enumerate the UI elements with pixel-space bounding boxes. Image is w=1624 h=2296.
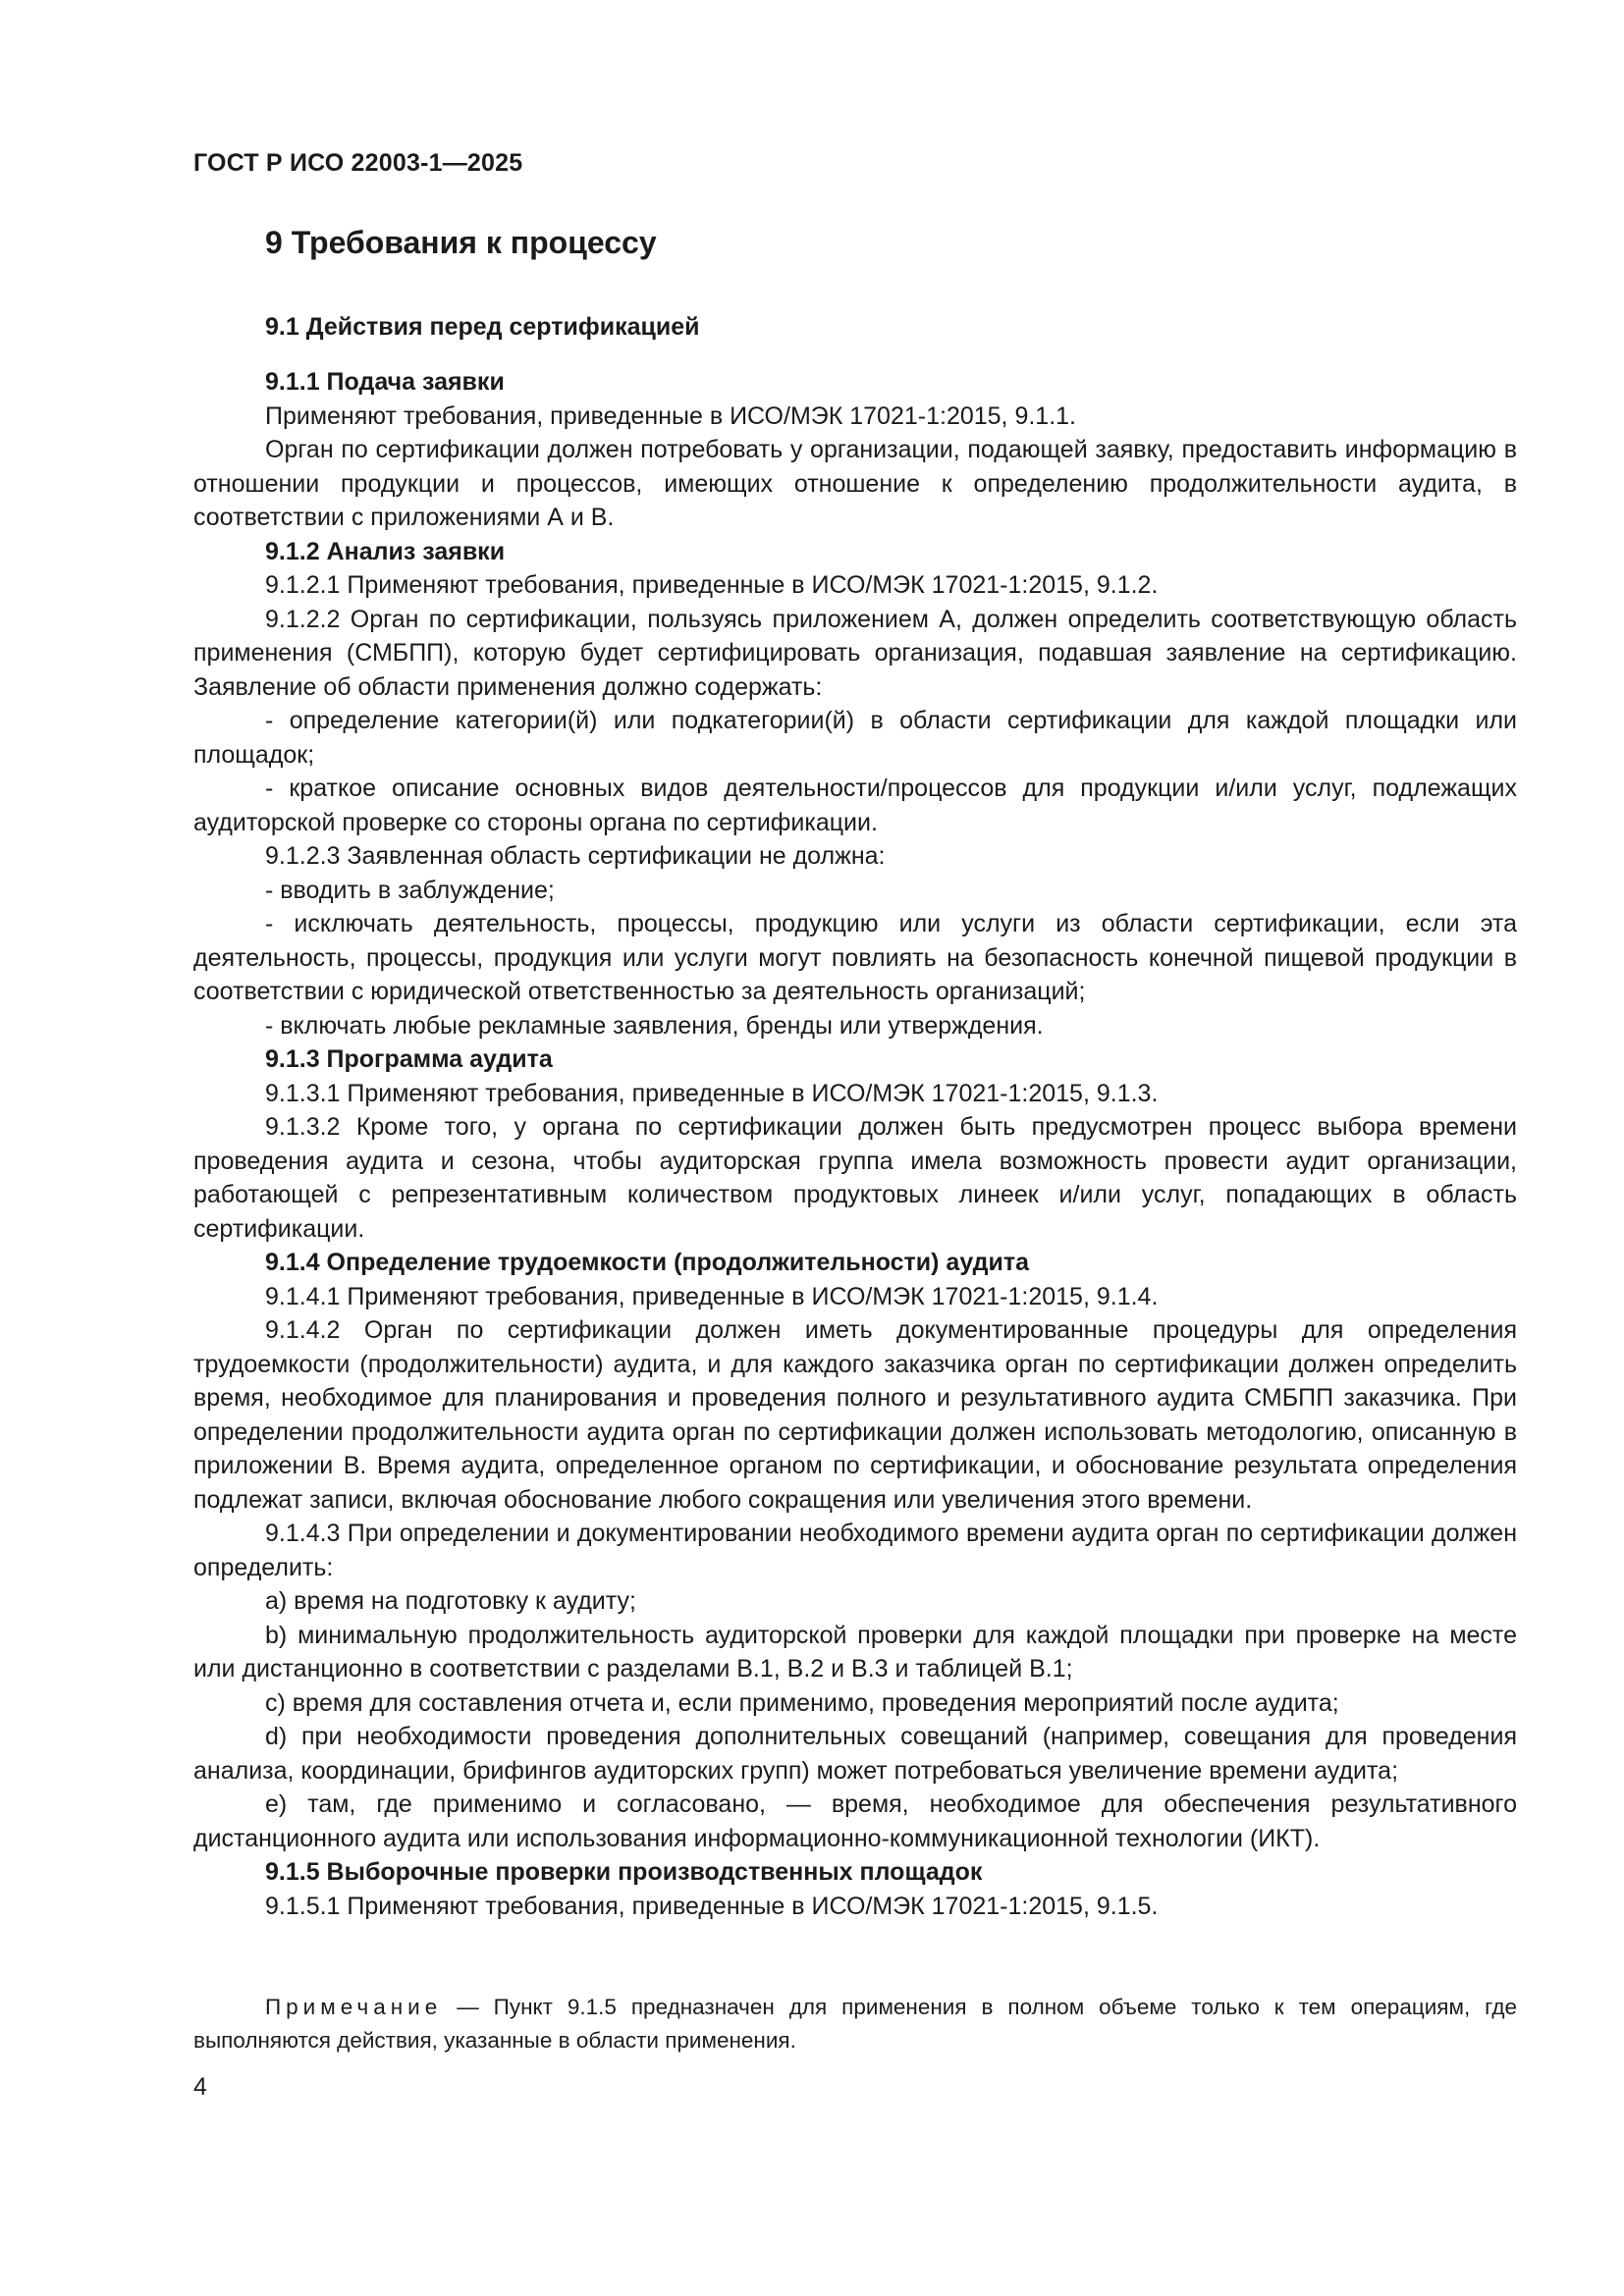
paragraph: 9.1.4.3 При определении и документирован…	[193, 1517, 1517, 1584]
paragraph: - краткое описание основных видов деятел…	[193, 772, 1517, 839]
paragraph: a) время на подготовку к аудиту;	[193, 1584, 1517, 1619]
body-text: 9.1.1 Подача заявкиПрименяют требования,…	[193, 365, 1517, 1923]
paragraph: - определение категории(й) или подкатего…	[193, 704, 1517, 772]
paragraph: 9.1.2.3 Заявленная область сертификации …	[193, 839, 1517, 874]
paragraph: e) там, где применимо и согласовано, — в…	[193, 1788, 1517, 1855]
paragraph: - включать любые рекламные заявления, бр…	[193, 1009, 1517, 1043]
paragraph: b) минимальную продолжительность аудитор…	[193, 1619, 1517, 1686]
page-number: 4	[193, 2073, 207, 2102]
running-head: ГОСТ Р ИСО 22003-1—2025	[193, 149, 522, 178]
paragraph: - вводить в заблуждение;	[193, 874, 1517, 908]
paragraph: 9.1.3.2 Кроме того, у органа по сертифик…	[193, 1110, 1517, 1246]
paragraph: 9.1.4.2 Орган по сертификации должен име…	[193, 1313, 1517, 1517]
paragraph: Орган по сертификации должен потребовать…	[193, 433, 1517, 535]
clause-heading: 9.1.5 Выборочные проверки производственн…	[193, 1855, 1517, 1890]
paragraph: Применяют требования, приведенные в ИСО/…	[193, 400, 1517, 434]
section-title: 9 Требования к процессу	[265, 225, 657, 261]
note-paragraph: Примечание — Пункт 9.1.5 предназначен дл…	[193, 1991, 1517, 2057]
paragraph: 9.1.2.2 Орган по сертификации, пользуясь…	[193, 603, 1517, 705]
paragraph: 9.1.5.1 Применяют требования, приведенны…	[193, 1890, 1517, 1924]
note-label: Примечание	[265, 1995, 442, 2019]
clause-heading: 9.1.2 Анализ заявки	[193, 535, 1517, 569]
paragraph: 9.1.4.1 Применяют требования, приведенны…	[193, 1280, 1517, 1314]
paragraph: - исключать деятельность, процессы, прод…	[193, 907, 1517, 1009]
paragraph: 9.1.3.1 Применяют требования, приведенны…	[193, 1077, 1517, 1111]
clause-heading: 9.1.1 Подача заявки	[193, 365, 1517, 400]
clause-heading: 9.1.4 Определение трудоемкости (продолжи…	[193, 1246, 1517, 1280]
paragraph: d) при необходимости проведения дополнит…	[193, 1720, 1517, 1788]
subsection-title: 9.1 Действия перед сертификацией	[265, 313, 700, 342]
clause-heading: 9.1.3 Программа аудита	[193, 1042, 1517, 1077]
paragraph: 9.1.2.1 Применяют требования, приведенны…	[193, 568, 1517, 603]
paragraph: c) время для составления отчета и, если …	[193, 1686, 1517, 1721]
note-block: Примечание — Пункт 9.1.5 предназначен дл…	[193, 1991, 1517, 2057]
